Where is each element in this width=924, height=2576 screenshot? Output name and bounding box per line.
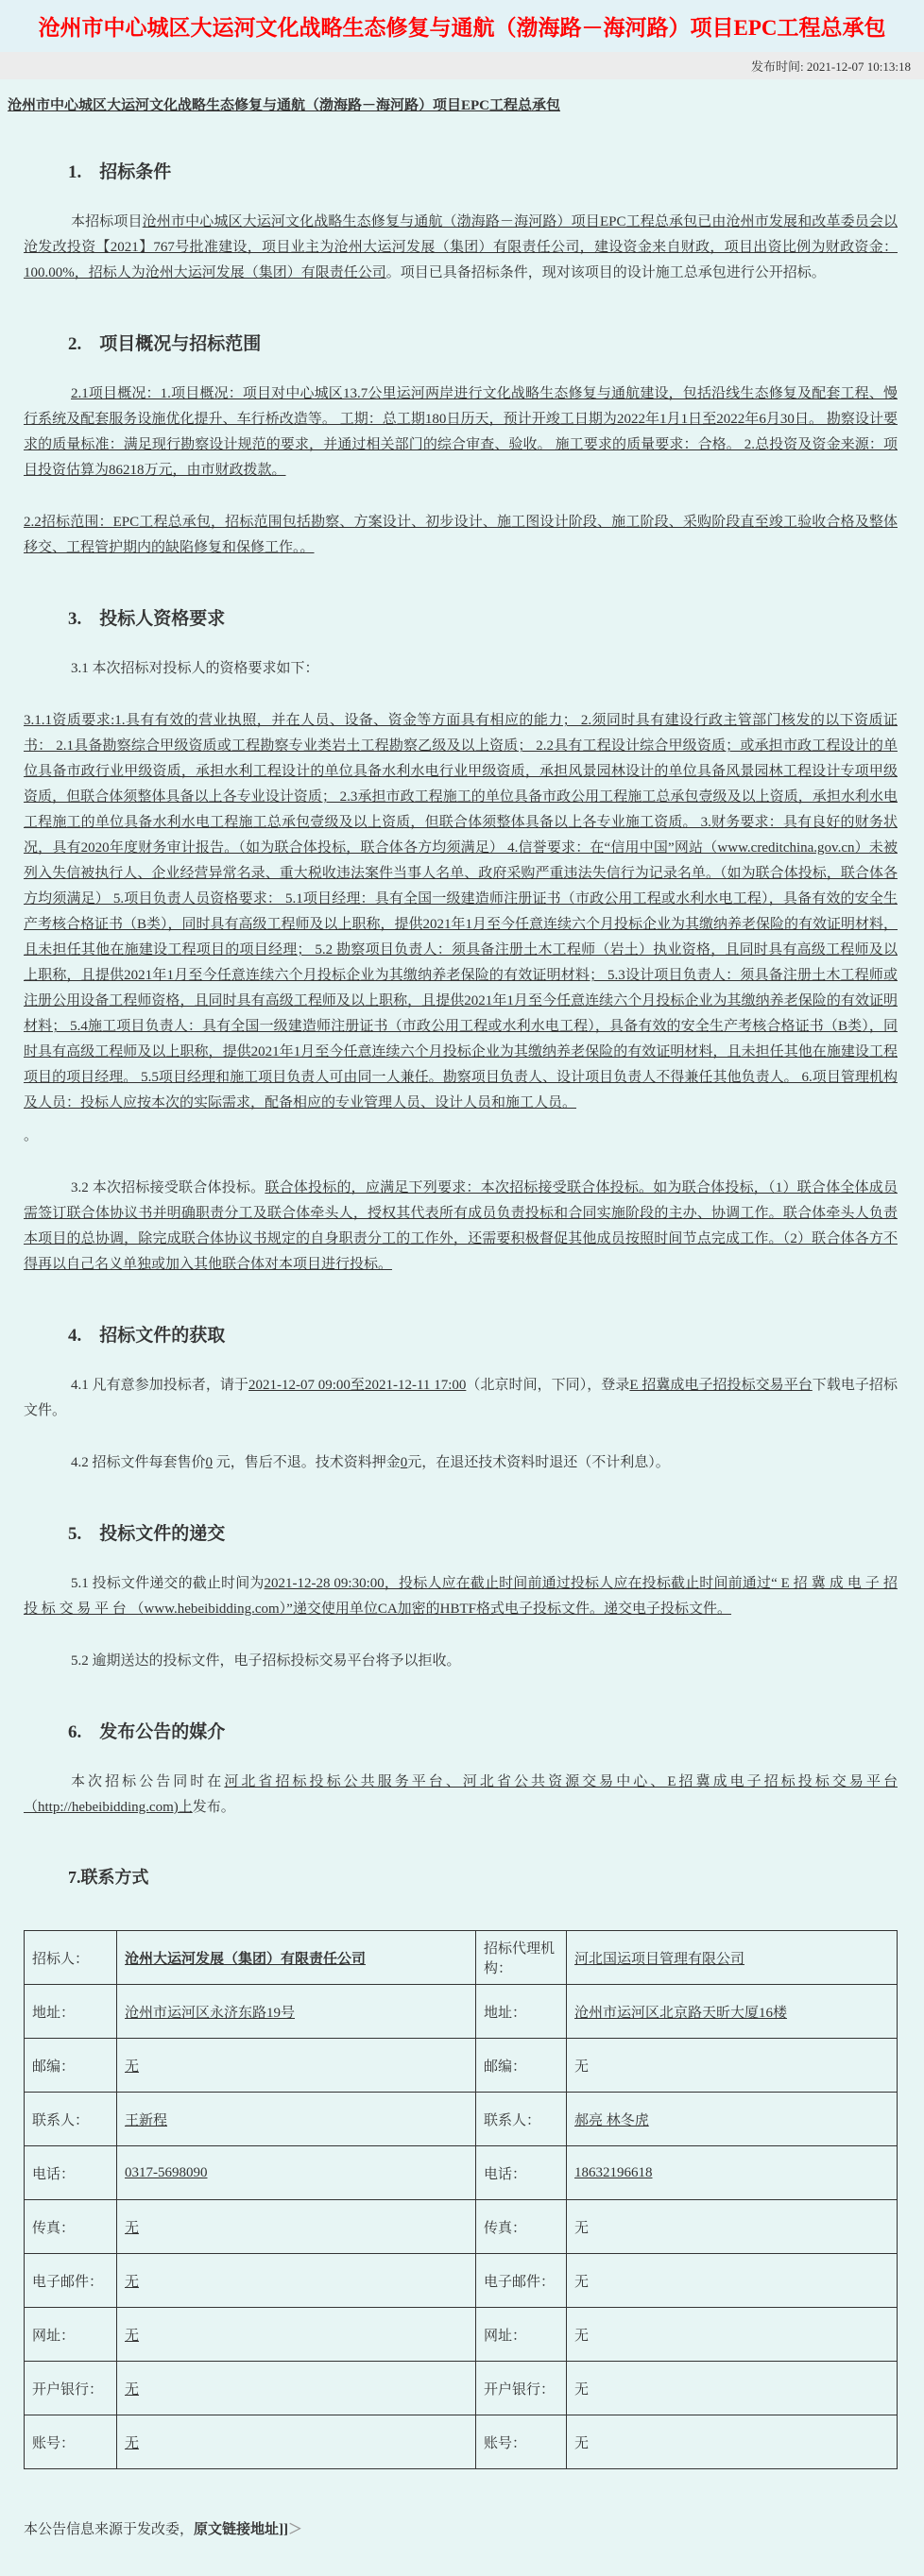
row-label: 开户银行： <box>25 2362 117 2415</box>
table-row-address: 地址： 沧州市运河区永济东路19号 地址： 沧州市运河区北京路天昕大厦16楼 <box>25 1985 898 2039</box>
row-value: 18632196618 <box>567 2146 898 2200</box>
row-value: 无 <box>117 2308 476 2362</box>
table-row-bank: 开户银行： 无 开户银行： 无 <box>25 2362 898 2415</box>
row-value: 沧州大运河发展（集团）有限责任公司 <box>117 1931 476 1985</box>
row-label: 电子邮件： <box>25 2254 117 2308</box>
footer-source-text: 本公告信息来源于发改委， <box>24 2522 194 2537</box>
row-label: 联系人： <box>476 2093 567 2146</box>
table-row-website: 网址： 无 网址： 无 <box>25 2308 898 2362</box>
row-label: 传真： <box>476 2200 567 2254</box>
table-row-contact-person: 联系人： 王新程 联系人： 郝亮 林冬虎 <box>25 2093 898 2146</box>
footer-note: 本公告信息来源于发改委，原文链接地址]]＞ <box>24 2518 898 2538</box>
row-value: 王新程 <box>117 2093 476 2146</box>
section-5-paragraph-2: 5.2 逾期送达的投标文件，电子招标投标交易平台将予以拒收。 <box>24 1649 898 1674</box>
original-link[interactable]: 原文链接地址]] <box>194 2522 288 2537</box>
section-3-paragraph-4: 3.2 本次招标接受联合体投标。联合体投标的，应满足下列要求：本次招标接受联合体… <box>24 1176 898 1278</box>
section-2-paragraph-1: 2.1项目概况：1.项目概况：项目对中心城区13.7公里运河两岸进行文化战略生态… <box>24 381 898 483</box>
table-row-account: 账号： 无 账号： 无 <box>25 2415 898 2469</box>
row-value: 无 <box>117 2415 476 2469</box>
section-5-heading: 5. 投标文件的递交 <box>68 1519 898 1545</box>
row-value: 无 <box>117 2254 476 2308</box>
section-3-heading: 3. 投标人资格要求 <box>68 604 898 630</box>
row-value: 河北国运项目管理有限公司 <box>567 1931 898 1985</box>
publish-time-bar: 发布时间: 2021-12-07 10:13:18 <box>0 52 924 79</box>
section-3-paragraph-3: 。 <box>24 1124 898 1149</box>
row-label: 招标人： <box>25 1931 117 1985</box>
row-label: 传真： <box>25 2200 117 2254</box>
table-row-bidder: 招标人： 沧州大运河发展（集团）有限责任公司 招标代理机构： 河北国运项目管理有… <box>25 1931 898 1985</box>
section-2-heading: 2. 项目概况与招标范围 <box>68 330 898 355</box>
publish-time-label: 发布时间: <box>751 59 804 74</box>
row-label: 地址： <box>476 1985 567 2039</box>
row-label: 电话： <box>25 2146 117 2200</box>
row-value: 郝亮 林冬虎 <box>567 2093 898 2146</box>
section-5-paragraph-1: 5.1 投标文件递交的截止时间为2021-12-28 09:30:00，投标人应… <box>24 1571 898 1622</box>
contact-table: 招标人： 沧州大运河发展（集团）有限责任公司 招标代理机构： 河北国运项目管理有… <box>24 1930 898 2469</box>
publish-time-value: 2021-12-07 10:13:18 <box>807 59 911 74</box>
section-4-heading: 4. 招标文件的获取 <box>68 1321 898 1347</box>
row-value: 无 <box>117 2362 476 2415</box>
table-row-fax: 传真： 无 传真： 无 <box>25 2200 898 2254</box>
announcement-page: 沧州市中心城区大运河文化战略生态修复与通航（渤海路－海河路）项目EPC工程总承包… <box>0 0 924 2538</box>
section-2-paragraph-2: 2.2招标范围：EPC工程总承包，招标范围包括勘察、方案设计、初步设计、施工图设… <box>24 510 898 561</box>
section-4-paragraph-1: 4.1 凡有意参加投标者，请于2021-12-07 09:00至2021-12-… <box>24 1373 898 1424</box>
section-3-paragraph-1: 3.1 本次招标对投标人的资格要求如下： <box>24 656 898 682</box>
row-value: 沧州市运河区北京路天昕大厦16楼 <box>567 1985 898 2039</box>
table-row-phone: 电话： 0317-5698090 电话： 18632196618 <box>25 2146 898 2200</box>
row-value: 沧州市运河区永济东路19号 <box>117 1985 476 2039</box>
row-label: 招标代理机构： <box>476 1931 567 1985</box>
row-label: 开户银行： <box>476 2362 567 2415</box>
row-label: 账号： <box>25 2415 117 2469</box>
row-value: 无 <box>117 2039 476 2093</box>
row-value: 无 <box>117 2200 476 2254</box>
row-label: 网址： <box>476 2308 567 2362</box>
row-value: 无 <box>567 2200 898 2254</box>
row-value: 无 <box>567 2308 898 2362</box>
table-row-email: 电子邮件： 无 电子邮件： 无 <box>25 2254 898 2308</box>
row-label: 联系人： <box>25 2093 117 2146</box>
section-6-heading: 6. 发布公告的媒介 <box>68 1718 898 1743</box>
row-value: 无 <box>567 2254 898 2308</box>
row-value: 无 <box>567 2039 898 2093</box>
row-value: 无 <box>567 2415 898 2469</box>
row-label: 电子邮件： <box>476 2254 567 2308</box>
row-label: 电话： <box>476 2146 567 2200</box>
row-value: 0317-5698090 <box>117 2146 476 2200</box>
row-value: 无 <box>567 2362 898 2415</box>
section-1-paragraph: 本招标项目沧州市中心城区大运河文化战略生态修复与通航（渤海路－海河路）项目EPC… <box>24 210 898 286</box>
page-header: 沧州市中心城区大运河文化战略生态修复与通航（渤海路－海河路）项目EPC工程总承包 <box>0 0 924 52</box>
section-7-heading: 7.联系方式 <box>68 1864 898 1889</box>
row-label: 网址： <box>25 2308 117 2362</box>
section-4-paragraph-2: 4.2 招标文件每套售价0 元，售后不退。技术资料押金0元，在退还技术资料时退还… <box>24 1450 898 1476</box>
section-1-heading: 1. 招标条件 <box>68 158 898 183</box>
row-label: 地址： <box>25 1985 117 2039</box>
row-label: 账号： <box>476 2415 567 2469</box>
document-title: 沧州市中心城区大运河文化战略生态修复与通航（渤海路－海河路）项目EPC工程总承包 <box>8 94 898 114</box>
page-title: 沧州市中心城区大运河文化战略生态修复与通航（渤海路－海河路）项目EPC工程总承包 <box>25 11 899 44</box>
row-label: 邮编： <box>25 2039 117 2093</box>
section-3-paragraph-2: 3.1.1资质要求:1.具有有效的营业执照，并在人员、设备、资金等方面具有相应的… <box>24 708 898 1116</box>
link-arrow-icon: ＞ <box>288 2522 302 2537</box>
table-row-zipcode: 邮编： 无 邮编： 无 <box>25 2039 898 2093</box>
row-label: 邮编： <box>476 2039 567 2093</box>
section-6-paragraph-1: 本次招标公告同时在河北省招标投标公共服务平台、河北省公共资源交易中心、E招冀成电… <box>24 1770 898 1821</box>
